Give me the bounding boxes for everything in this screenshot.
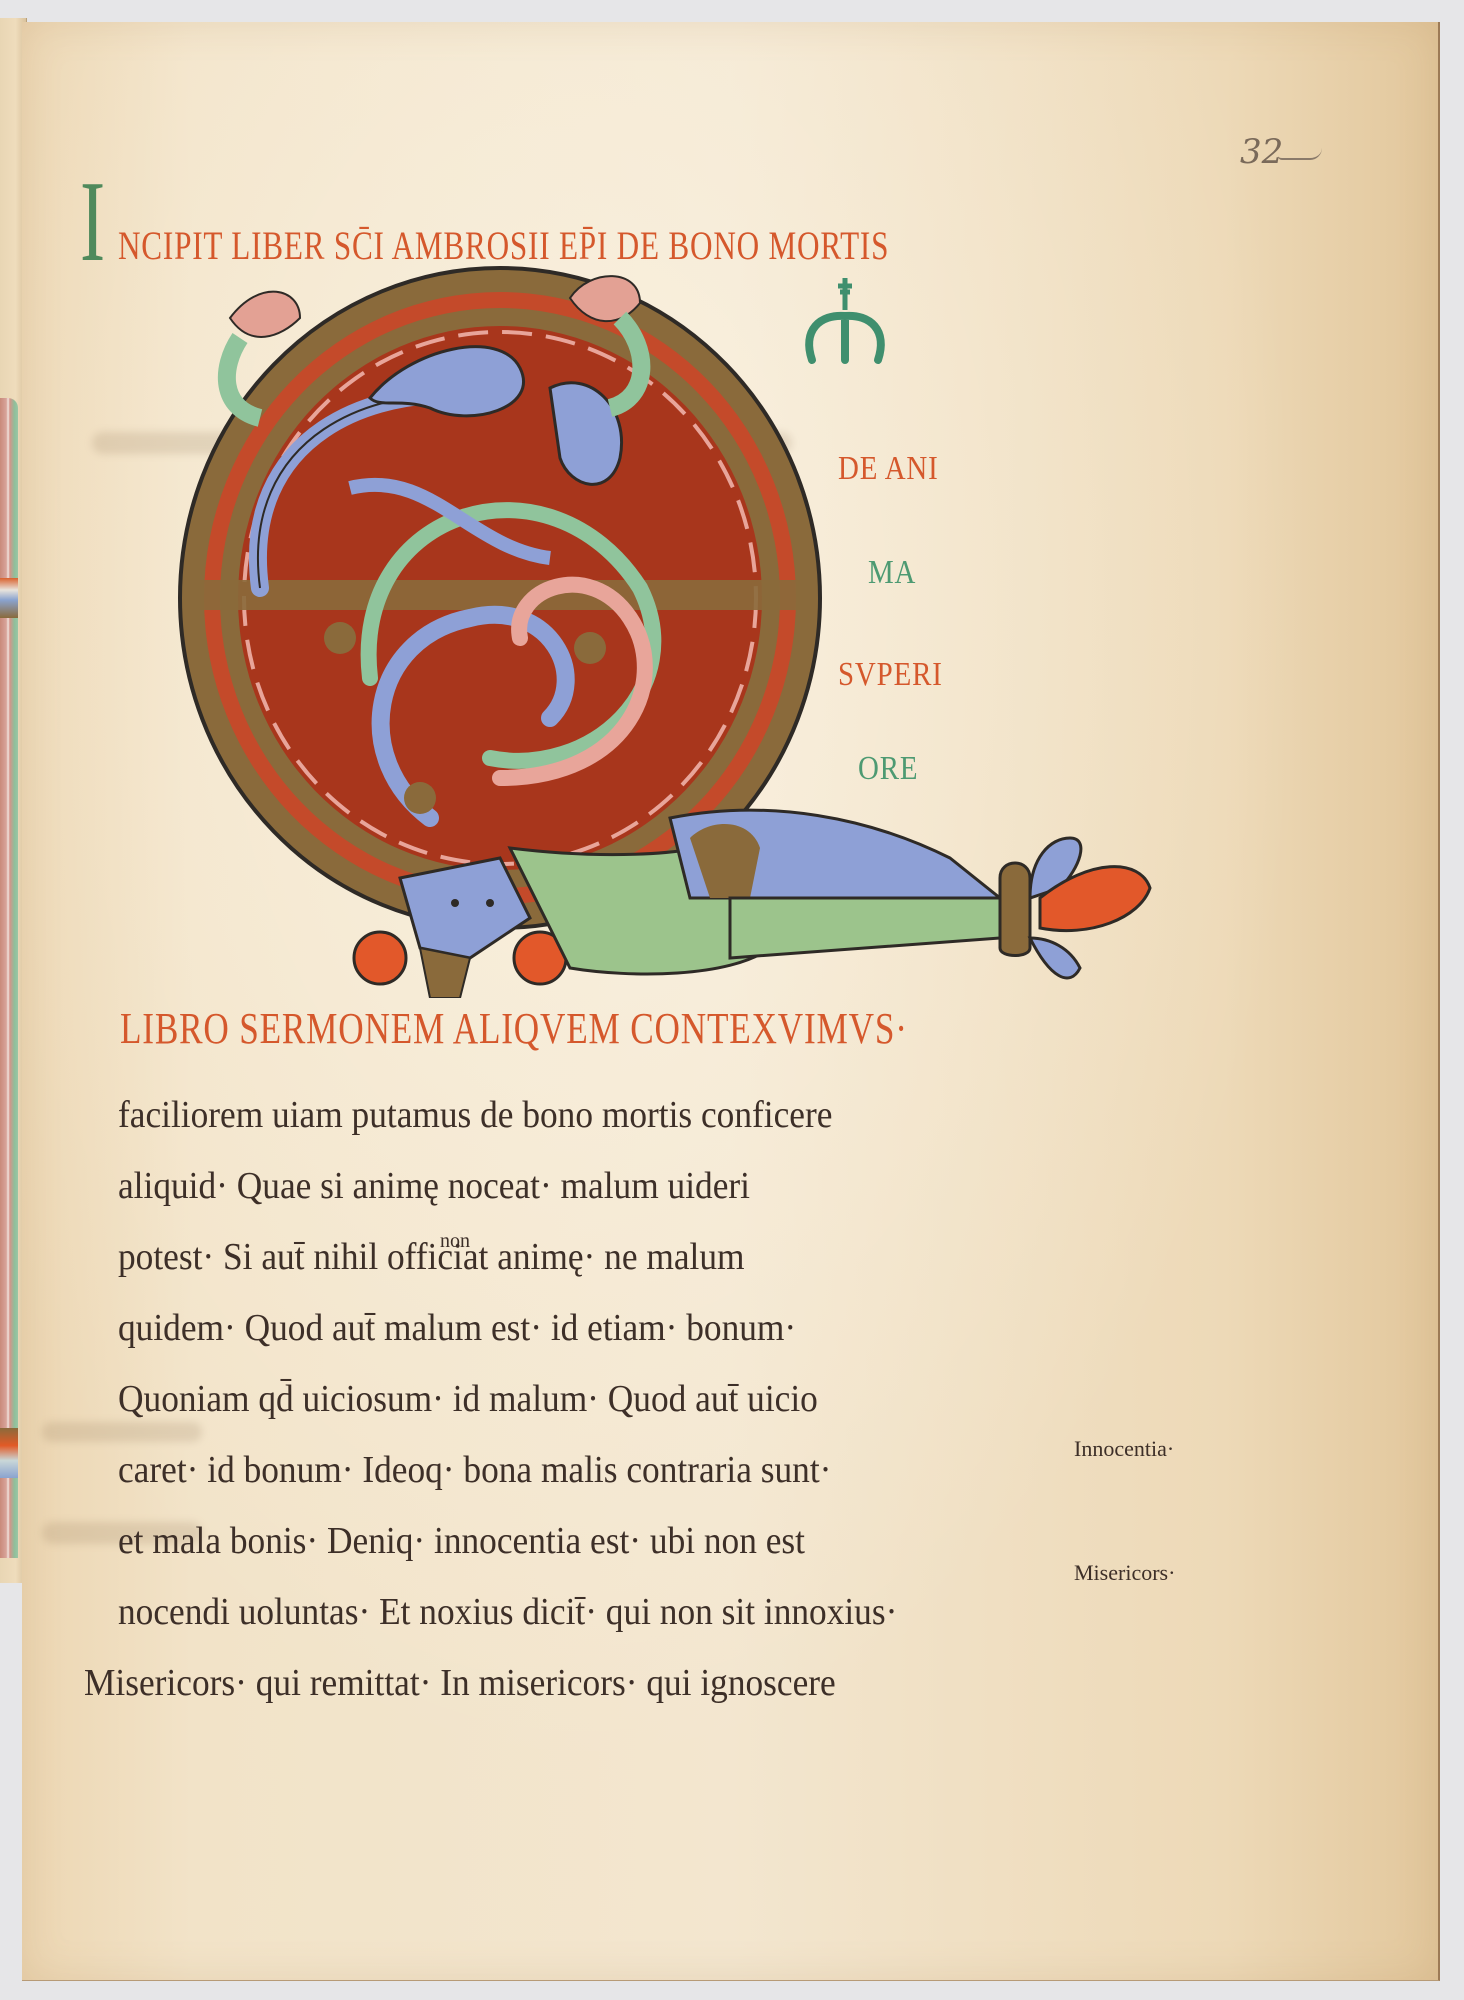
text-line: Quoniam qd̄ uiciosum· id malum· Quod aut… — [118, 1364, 897, 1435]
side-rubric-word: ORE — [858, 750, 918, 788]
text-line: nocendi uoluntas· Et noxius dicit̄· qui … — [118, 1577, 897, 1648]
side-rubric-word: MA — [868, 554, 916, 592]
facing-page-band — [0, 1428, 18, 1478]
text-line: et mala bonis· Deniq· innocentia est· ub… — [118, 1506, 897, 1577]
side-rubric-word: DE ANI — [838, 450, 939, 488]
text-line: quidem· Quod aut̄ malum est· id etiam· b… — [118, 1293, 897, 1364]
folio-flourish — [1278, 148, 1322, 160]
marginal-note: Innocentia· — [1074, 1436, 1174, 1462]
side-rubric-word: SVPERI — [838, 656, 943, 694]
text-line: faciliorem uiam putamus de bono mortis c… — [118, 1080, 897, 1151]
facing-page-band — [0, 578, 18, 618]
heading-initial: I — [80, 164, 105, 280]
text-line: aliquid· Quae si animę noceat· malum uid… — [118, 1151, 897, 1222]
text-line: potest· Si aut̄ nihil officiat animę· ne… — [118, 1222, 897, 1293]
marginal-note: Misericors· — [1074, 1560, 1175, 1586]
facing-page-border-ornament — [0, 398, 18, 1558]
body-text: faciliorem uiam putamus de bono mortis c… — [118, 1080, 956, 1719]
illuminated-initial-q-icon — [170, 258, 1250, 998]
text-line: Misericors· qui remittat· In misericors·… — [84, 1648, 895, 1719]
rubric-line: LIBRO SERMONEM ALIQVEM CONTEXVIMVS· — [120, 1003, 908, 1054]
folio-number: 32 — [1240, 132, 1283, 172]
text-line: caret· id bonum· Ideoq· bona malis contr… — [118, 1435, 897, 1506]
